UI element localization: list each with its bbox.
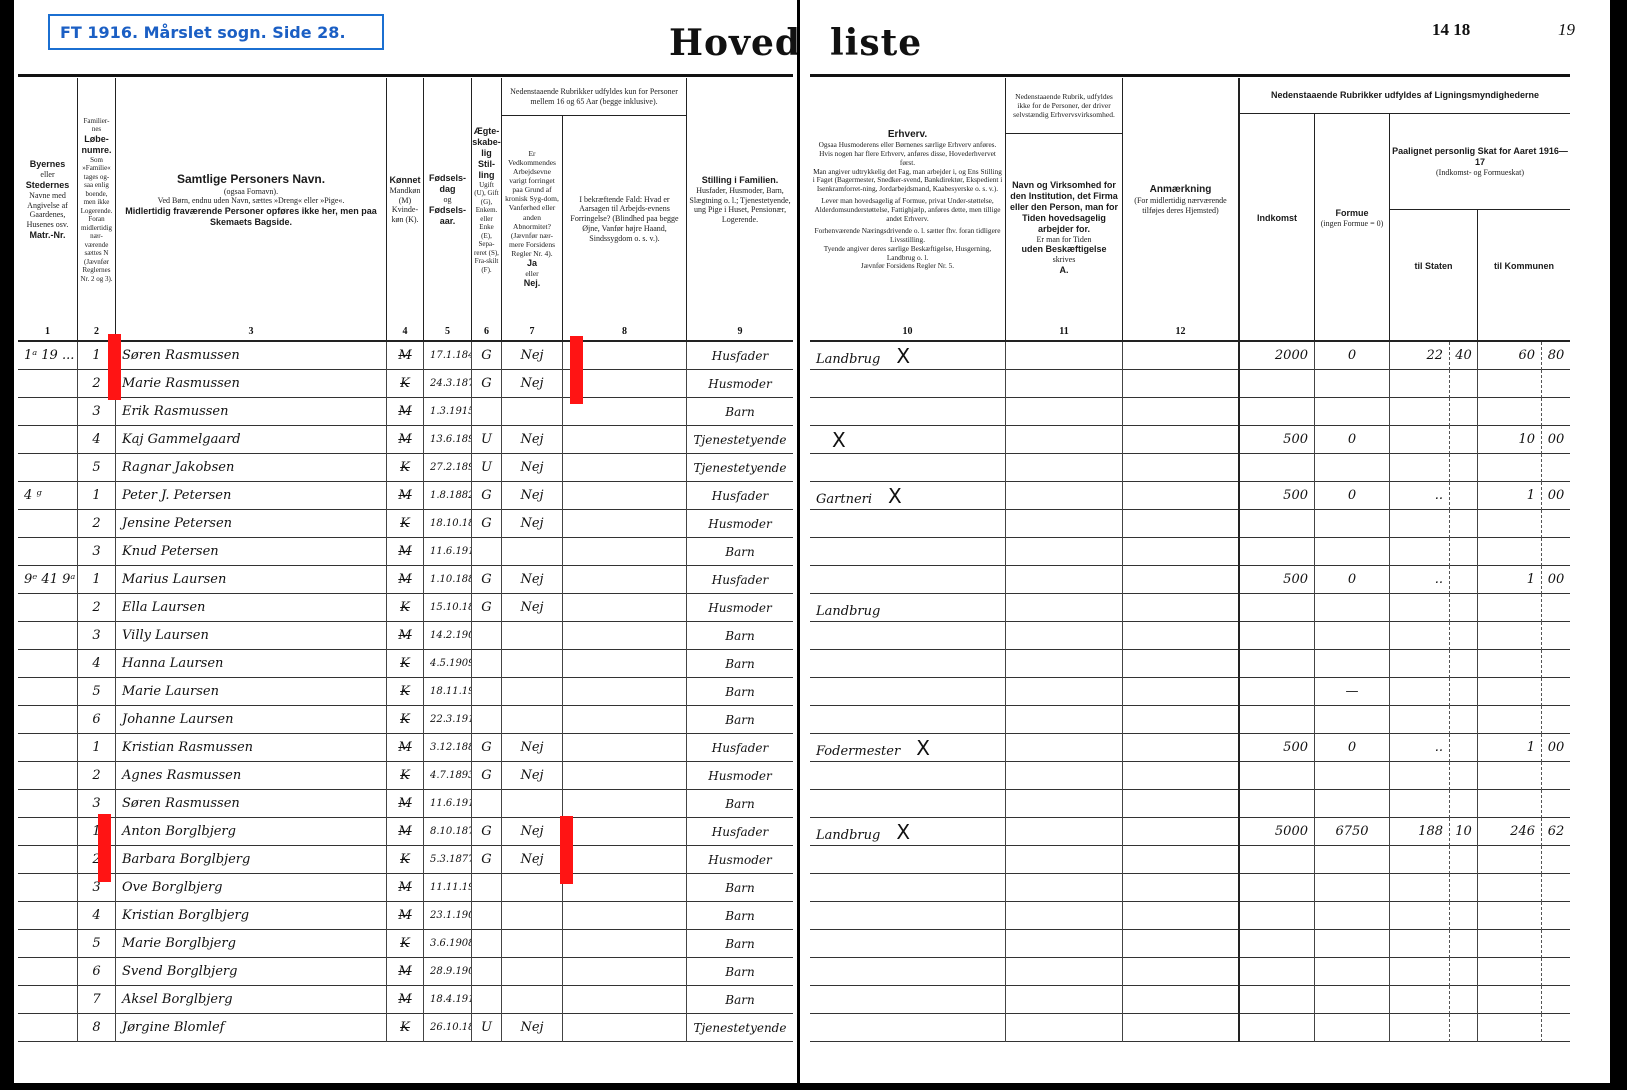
impairment-cause-cell <box>563 762 687 790</box>
family-number-text: 2 <box>92 768 100 783</box>
civil-status-text: G <box>481 852 491 867</box>
family-number-text: 2 <box>92 516 100 531</box>
column-numbers-left: 1 2 3 4 5 6 7 8 9 <box>18 322 793 342</box>
header-staten: til Staten <box>1390 210 1478 322</box>
municipal-tax-ore-cell <box>1542 790 1570 818</box>
table-row <box>810 958 1570 986</box>
person-name-cell: Søren Rasmussen <box>116 790 387 818</box>
sex-text: M <box>398 908 411 923</box>
municipal-tax-ore-cell <box>1542 762 1570 790</box>
employer-cell <box>1006 930 1123 958</box>
employer-cell <box>1006 1014 1123 1042</box>
matr-nr-cell: 4 ᵍ <box>18 482 78 510</box>
table-row: LandbrugX500067501881024662 <box>810 818 1570 846</box>
state-tax-cell <box>1390 958 1450 986</box>
table-row: 1Kristian RasmussenM3.12.1889GNejHusfade… <box>18 734 793 762</box>
wealth-cell <box>1315 762 1390 790</box>
municipal-tax-cell <box>1478 594 1542 622</box>
municipal-tax-text: 1 <box>1527 488 1535 503</box>
birthdate-cell: 8.10.1876 <box>424 818 472 846</box>
birthdate-cell: 11.6.1912 <box>424 538 472 566</box>
header-kommunen: til Kommunen <box>1478 210 1570 322</box>
municipal-tax-ore-cell <box>1542 902 1570 930</box>
work-impaired-cell: Nej <box>502 594 563 622</box>
municipal-tax-ore-text: 80 <box>1548 348 1565 363</box>
civil-status-text: G <box>481 740 491 755</box>
table-row: 5Marie LaursenK18.11.1910Barn <box>18 678 793 706</box>
civil-status-cell <box>472 958 502 986</box>
impairment-cause-cell <box>563 930 687 958</box>
work-impaired-cell <box>502 902 563 930</box>
municipal-tax-ore-cell <box>1542 594 1570 622</box>
income-cell <box>1240 398 1315 426</box>
matr-nr-cell <box>18 930 78 958</box>
state-tax-text: .. <box>1435 572 1443 587</box>
table-row: 4Kaj GammelgaardM13.6.1898UNejTjenestety… <box>18 426 793 454</box>
income-cell: 5000 <box>1240 818 1315 846</box>
sex-text: K <box>400 768 410 783</box>
remark-cell <box>1123 846 1240 874</box>
civil-status-cell: U <box>472 1014 502 1042</box>
table-row: 2Agnes RasmussenK4.7.1893GNejHusmoder <box>18 762 793 790</box>
civil-status-text: G <box>481 488 491 503</box>
employer-cell <box>1006 986 1123 1014</box>
civil-status-text: G <box>481 348 491 363</box>
person-name-text: Ella Laursen <box>122 600 205 615</box>
state-tax-ore-cell <box>1450 734 1478 762</box>
table-row <box>810 510 1570 538</box>
municipal-tax-cell <box>1478 370 1542 398</box>
sex-text: M <box>398 824 411 839</box>
birthdate-cell: 4.7.1893 <box>424 762 472 790</box>
municipal-tax-cell <box>1478 874 1542 902</box>
colnum-6: 6 <box>472 322 502 342</box>
impairment-cause-cell <box>563 986 687 1014</box>
family-number-text: 4 <box>92 656 100 671</box>
work-impaired-text: Nej <box>520 768 543 783</box>
wealth-cell: — <box>1315 678 1390 706</box>
income-cell <box>1240 902 1315 930</box>
table-row: 6Svend BorglbjergM28.9.1909Barn <box>18 958 793 986</box>
birthdate-text: 8.10.1876 <box>430 826 472 837</box>
sex-text: M <box>398 404 411 419</box>
employer-cell <box>1006 874 1123 902</box>
remark-cell <box>1123 678 1240 706</box>
person-name-cell: Kaj Gammelgaard <box>116 426 387 454</box>
sex-cell: K <box>387 846 424 874</box>
family-number-text: 3 <box>92 544 100 559</box>
family-number-cell: 5 <box>78 678 116 706</box>
person-name-text: Aksel Borglbjerg <box>122 992 233 1007</box>
colnum-staten <box>1390 322 1478 342</box>
municipal-tax-cell <box>1478 510 1542 538</box>
family-number-cell: 4 <box>78 426 116 454</box>
sex-text: M <box>398 544 411 559</box>
employer-cell <box>1006 370 1123 398</box>
employer-cell <box>1006 342 1123 370</box>
family-number-cell: 1 <box>78 734 116 762</box>
table-row: 1ᵃ 19 ... 1Søren RasmussenM17.1.1840GNej… <box>18 342 793 370</box>
birthdate-text: 27.2.1898 <box>430 462 472 473</box>
income-text: 5000 <box>1275 824 1308 839</box>
employer-cell <box>1006 902 1123 930</box>
remark-cell <box>1123 790 1240 818</box>
employer-cell <box>1006 706 1123 734</box>
remark-cell <box>1123 930 1240 958</box>
birthdate-text: 4.7.1893 <box>430 770 472 781</box>
table-row <box>810 622 1570 650</box>
person-name-text: Knud Petersen <box>122 544 219 559</box>
birthdate-cell: 3.12.1889 <box>424 734 472 762</box>
matr-nr-cell <box>18 706 78 734</box>
matr-nr-cell <box>18 538 78 566</box>
state-tax-text: .. <box>1435 488 1443 503</box>
state-tax-ore-cell <box>1450 874 1478 902</box>
income-cell <box>1240 790 1315 818</box>
family-number-cell: 5 <box>78 930 116 958</box>
birthdate-cell: 14.2.1902 <box>424 622 472 650</box>
sex-cell: M <box>387 342 424 370</box>
income-cell <box>1240 958 1315 986</box>
state-tax-cell <box>1390 790 1450 818</box>
work-impaired-cell: Nej <box>502 454 563 482</box>
remark-cell <box>1123 818 1240 846</box>
work-impaired-text: Nej <box>520 572 543 587</box>
column-numbers-right: 10 11 12 <box>810 322 1570 342</box>
impairment-cause-cell <box>563 706 687 734</box>
family-position-text: Barn <box>725 881 754 895</box>
wealth-text: 0 <box>1348 432 1356 447</box>
family-position-text: Husmoder <box>708 769 771 783</box>
work-impaired-text: Nej <box>520 824 543 839</box>
impairment-cause-cell <box>563 790 687 818</box>
civil-status-text: U <box>481 432 492 447</box>
birthdate-text: 1.3.1915 <box>430 406 472 417</box>
impairment-cause-cell <box>563 426 687 454</box>
sex-cell: M <box>387 986 424 1014</box>
matr-nr-cell <box>18 454 78 482</box>
employer-cell <box>1006 650 1123 678</box>
birthdate-text: 13.6.1898 <box>430 434 472 445</box>
title-right: liste <box>830 22 922 64</box>
income-cell <box>1240 678 1315 706</box>
civil-status-text: G <box>481 768 491 783</box>
birthdate-cell: 1.3.1915 <box>424 398 472 426</box>
work-impaired-text: Nej <box>520 516 543 531</box>
family-number-cell: 3 <box>78 398 116 426</box>
source-label: FT 1916. Mårslet sogn. Side 28. <box>48 14 384 50</box>
header-col8: I bekræftende Fald: Hvad er Aarsagen til… <box>563 116 687 322</box>
colnum-12: 12 <box>1123 322 1240 342</box>
header-col10: Erhverv. Ogsaa Husmoderens eller Børnene… <box>810 78 1006 322</box>
sex-text: M <box>398 432 411 447</box>
header-indkomst: Indkomst <box>1240 114 1315 322</box>
family-number-cell: 3 <box>78 538 116 566</box>
impairment-cause-cell <box>563 650 687 678</box>
work-impaired-cell: Nej <box>502 510 563 538</box>
impairment-cause-cell <box>563 510 687 538</box>
impairment-cause-cell <box>563 566 687 594</box>
table-row <box>810 874 1570 902</box>
work-impaired-cell: Nej <box>502 846 563 874</box>
check-x-mark-icon: X <box>888 484 902 508</box>
occupation-cell: Landbrug <box>810 594 1006 622</box>
family-number-text: 3 <box>92 880 100 895</box>
person-name-cell: Ove Borglbjerg <box>116 874 387 902</box>
occupation-text: Landbrug <box>816 828 880 843</box>
wealth-text: 0 <box>1348 740 1356 755</box>
wealth-cell <box>1315 594 1390 622</box>
work-impaired-cell: Nej <box>502 566 563 594</box>
municipal-tax-ore-cell <box>1542 846 1570 874</box>
occupation-text: Landbrug <box>816 604 880 619</box>
person-name-cell: Marius Laursen <box>116 566 387 594</box>
impairment-cause-cell <box>563 594 687 622</box>
sex-cell: K <box>387 370 424 398</box>
sex-cell: M <box>387 734 424 762</box>
family-position-text: Husfader <box>712 741 768 755</box>
family-number-text: 1 <box>92 348 100 363</box>
wealth-cell <box>1315 538 1390 566</box>
wealth-cell <box>1315 846 1390 874</box>
state-tax-ore-cell <box>1450 594 1478 622</box>
employer-cell <box>1006 818 1123 846</box>
header-col9: Stilling i Familien.Husfader, Husmoder, … <box>687 78 793 322</box>
municipal-tax-ore-cell <box>1542 1014 1570 1042</box>
state-tax-cell <box>1390 538 1450 566</box>
sex-text: K <box>400 460 410 475</box>
remark-cell <box>1123 538 1240 566</box>
matr-nr-cell: 1ᵃ 19 ... <box>18 342 78 370</box>
state-tax-cell <box>1390 874 1450 902</box>
municipal-tax-ore-cell <box>1542 454 1570 482</box>
municipal-tax-text: 1 <box>1527 740 1535 755</box>
matr-nr-cell <box>18 818 78 846</box>
family-position-cell: Barn <box>687 986 793 1014</box>
matr-nr-text: 1ᵃ 19 ... <box>24 348 74 363</box>
wealth-cell <box>1315 958 1390 986</box>
civil-status-cell: G <box>472 510 502 538</box>
state-tax-ore-cell <box>1450 790 1478 818</box>
census-page-right: liste 14 18 19 Erhverv. Ogsaa Husmoderen… <box>800 0 1610 1083</box>
person-name-text: Søren Rasmussen <box>122 348 240 363</box>
municipal-tax-cell: 246 <box>1478 818 1542 846</box>
occupation-cell <box>810 650 1006 678</box>
state-tax-ore-cell <box>1450 426 1478 454</box>
person-name-text: Anton Borglbjerg <box>122 824 236 839</box>
birthdate-text: 11.11.1904 <box>430 882 472 893</box>
family-number-text: 5 <box>92 684 100 699</box>
family-number-text: 1 <box>92 740 100 755</box>
colnum-indkomst <box>1240 322 1315 342</box>
highlight-marker <box>98 814 111 882</box>
employer-cell <box>1006 734 1123 762</box>
family-position-text: Husfader <box>712 573 768 587</box>
person-name-cell: Søren Rasmussen <box>116 342 387 370</box>
table-row: 6Johanne LaursenK22.3.1912Barn <box>18 706 793 734</box>
municipal-tax-cell: 1 <box>1478 482 1542 510</box>
person-name-cell: Agnes Rasmussen <box>116 762 387 790</box>
birthdate-text: 18.11.1910 <box>430 686 472 697</box>
wealth-text: 0 <box>1348 348 1356 363</box>
municipal-tax-ore-cell <box>1542 930 1570 958</box>
family-number-text: 4 <box>92 432 100 447</box>
occupation-cell: LandbrugX <box>810 342 1006 370</box>
colnum-9: 9 <box>687 322 793 342</box>
family-number-text: 3 <box>92 404 100 419</box>
municipal-tax-ore-cell: 62 <box>1542 818 1570 846</box>
table-row: 5000..100 <box>810 566 1570 594</box>
matr-nr-cell <box>18 734 78 762</box>
occupation-text: Fodermester <box>816 744 900 759</box>
wealth-cell <box>1315 510 1390 538</box>
sex-text: K <box>400 656 410 671</box>
matr-nr-cell <box>18 678 78 706</box>
family-position-cell: Husfader <box>687 734 793 762</box>
person-name-cell: Kristian Rasmussen <box>116 734 387 762</box>
birthdate-cell: 18.10.1891 <box>424 510 472 538</box>
state-tax-ore-cell <box>1450 1014 1478 1042</box>
income-cell <box>1240 930 1315 958</box>
occupation-cell: FodermesterX <box>810 734 1006 762</box>
impairment-cause-cell <box>563 482 687 510</box>
remark-cell <box>1123 454 1240 482</box>
work-impaired-cell <box>502 678 563 706</box>
municipal-tax-cell <box>1478 930 1542 958</box>
remark-cell <box>1123 1014 1240 1042</box>
income-cell <box>1240 846 1315 874</box>
table-row: 2Ella LaursenK15.10.1881GNejHusmoder <box>18 594 793 622</box>
table-row: 1Anton BorglbjergM8.10.1876GNejHusfader <box>18 818 793 846</box>
civil-status-cell: G <box>472 734 502 762</box>
municipal-tax-cell <box>1478 986 1542 1014</box>
income-cell <box>1240 762 1315 790</box>
family-number-text: 7 <box>92 992 100 1007</box>
birthdate-text: 1.10.1881 <box>430 574 472 585</box>
sex-text: M <box>398 488 411 503</box>
family-position-cell: Husfader <box>687 482 793 510</box>
civil-status-cell: U <box>472 426 502 454</box>
municipal-tax-ore-cell <box>1542 622 1570 650</box>
work-impaired-cell: Nej <box>502 734 563 762</box>
sex-text: K <box>400 1020 410 1035</box>
birthdate-text: 11.6.1912 <box>430 546 472 557</box>
birthdate-text: 23.1.1906 <box>430 910 472 921</box>
civil-status-cell <box>472 678 502 706</box>
work-impaired-text: Nej <box>520 432 543 447</box>
work-impaired-cell: Nej <box>502 482 563 510</box>
family-position-cell: Barn <box>687 678 793 706</box>
state-tax-ore-cell <box>1450 902 1478 930</box>
income-text: 2000 <box>1275 348 1308 363</box>
wealth-cell: 0 <box>1315 342 1390 370</box>
work-impaired-cell <box>502 986 563 1014</box>
municipal-tax-ore-text: 00 <box>1548 740 1565 755</box>
state-tax-ore-cell <box>1450 398 1478 426</box>
table-row <box>810 538 1570 566</box>
header-col12: Anmærkning(For midlertidig nærværende ti… <box>1123 78 1240 322</box>
work-impaired-cell <box>502 650 563 678</box>
employer-cell <box>1006 846 1123 874</box>
birthdate-cell: 1.10.1881 <box>424 566 472 594</box>
family-position-cell: Husfader <box>687 566 793 594</box>
table-row <box>810 846 1570 874</box>
sex-text: M <box>398 572 411 587</box>
municipal-tax-ore-text: 00 <box>1548 572 1565 587</box>
family-position-cell: Barn <box>687 958 793 986</box>
civil-status-cell <box>472 538 502 566</box>
income-cell <box>1240 1014 1315 1042</box>
family-position-cell: Barn <box>687 650 793 678</box>
birthdate-cell: 24.3.1872 <box>424 370 472 398</box>
table-row: FodermesterX5000..100 <box>810 734 1570 762</box>
wealth-cell <box>1315 986 1390 1014</box>
sex-text: M <box>398 628 411 643</box>
person-name-text: Ragnar Jakobsen <box>122 460 234 475</box>
family-number-cell: 6 <box>78 706 116 734</box>
wealth-cell <box>1315 790 1390 818</box>
person-name-cell: Marie Borglbjerg <box>116 930 387 958</box>
municipal-tax-ore-cell <box>1542 958 1570 986</box>
check-x-mark-icon: X <box>896 820 910 844</box>
family-number-cell: 4 <box>78 650 116 678</box>
work-impaired-cell: Nej <box>502 426 563 454</box>
table-row: LandbrugX2000022406080 <box>810 342 1570 370</box>
occupation-cell: X <box>810 426 1006 454</box>
colnum-3: 3 <box>116 322 387 342</box>
header-col4: KønnetMandkøn (M) Kvinde-køn (K). <box>387 78 424 322</box>
occupation-cell <box>810 454 1006 482</box>
title-left: Hoved <box>669 22 797 64</box>
municipal-tax-ore-cell <box>1542 706 1570 734</box>
civil-status-cell: G <box>472 818 502 846</box>
remark-cell <box>1123 594 1240 622</box>
family-position-text: Tjenestetyende <box>694 461 787 475</box>
state-tax-cell <box>1390 762 1450 790</box>
check-x-mark-icon: X <box>896 344 910 368</box>
person-name-text: Agnes Rasmussen <box>122 768 241 783</box>
matr-nr-cell <box>18 874 78 902</box>
family-position-text: Barn <box>725 909 754 923</box>
municipal-tax-cell <box>1478 846 1542 874</box>
family-position-text: Barn <box>725 993 754 1007</box>
civil-status-text: U <box>481 1020 492 1035</box>
birthdate-cell: 13.6.1898 <box>424 426 472 454</box>
sex-text: M <box>398 964 411 979</box>
income-cell <box>1240 510 1315 538</box>
remark-cell <box>1123 622 1240 650</box>
civil-status-cell: U <box>472 454 502 482</box>
family-position-cell: Husfader <box>687 342 793 370</box>
birthdate-cell: 27.2.1898 <box>424 454 472 482</box>
work-impaired-text: Nej <box>520 1020 543 1035</box>
matr-nr-cell <box>18 650 78 678</box>
municipal-tax-cell <box>1478 650 1542 678</box>
birthdate-cell: 22.3.1912 <box>424 706 472 734</box>
state-tax-cell <box>1390 370 1450 398</box>
sex-text: K <box>400 712 410 727</box>
family-number-cell: 2 <box>78 594 116 622</box>
state-tax-cell <box>1390 426 1450 454</box>
header-col5: Fødsels-dagogFødsels-aar. <box>424 78 472 322</box>
state-tax-cell <box>1390 678 1450 706</box>
wealth-cell <box>1315 930 1390 958</box>
employer-cell <box>1006 566 1123 594</box>
occupation-cell: GartneriX <box>810 482 1006 510</box>
income-cell <box>1240 594 1315 622</box>
employer-cell <box>1006 958 1123 986</box>
person-name-cell: Johanne Laursen <box>116 706 387 734</box>
